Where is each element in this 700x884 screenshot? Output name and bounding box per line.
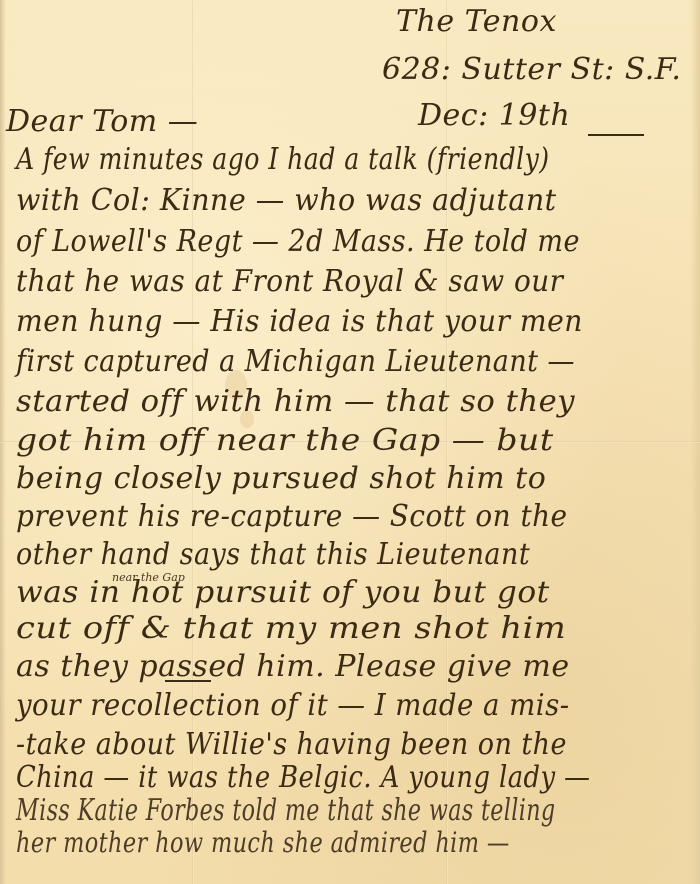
salutation: Dear Tom — [6, 104, 198, 139]
letter-page: The Tenox 628: Sutter St: S.F. Dec: 19th… [0, 0, 700, 884]
body-line: cut off & that my men shot him [16, 611, 566, 646]
body-line: -take about Willie's having been on the [16, 727, 567, 762]
body-line: started off with him — that so they [16, 384, 575, 419]
body-line: being closely pursued shot him to [16, 461, 546, 496]
body-line: first captured a Michigan Lieutenant — [16, 344, 575, 379]
body-line: men hung — His idea is that your men [16, 304, 583, 339]
body-line: other hand says that this Lieutenant [16, 537, 530, 572]
letter-address: 628: Sutter St: S.F. [382, 52, 681, 87]
body-line: China — it was the Belgic. A young lady … [16, 760, 590, 795]
body-line: of Lowell's Regt — 2d Mass. He told me [16, 224, 580, 259]
interlinear-note: near the Gap [112, 571, 185, 584]
body-line: was in hot pursuit of you but got [16, 575, 550, 610]
body-line: with Col: Kinne — who was adjutant [16, 183, 557, 218]
body-line: your recollection of it — I made a mis- [16, 688, 569, 723]
word-underline [165, 680, 211, 682]
date-underline [588, 134, 644, 136]
letter-date: Dec: 19th [418, 98, 570, 133]
body-line: as they passed him. Please give me [16, 649, 570, 684]
letter-place: The Tenox [396, 4, 557, 39]
body-line: A few minutes ago I had a talk (friendly… [16, 142, 550, 177]
body-line: got him off near the Gap — but [16, 423, 554, 458]
body-line: prevent his re-capture — Scott on the [16, 499, 568, 534]
body-line: that he was at Front Royal & saw our [16, 264, 563, 299]
body-line: Miss Katie Forbes told me that she was t… [16, 793, 555, 828]
